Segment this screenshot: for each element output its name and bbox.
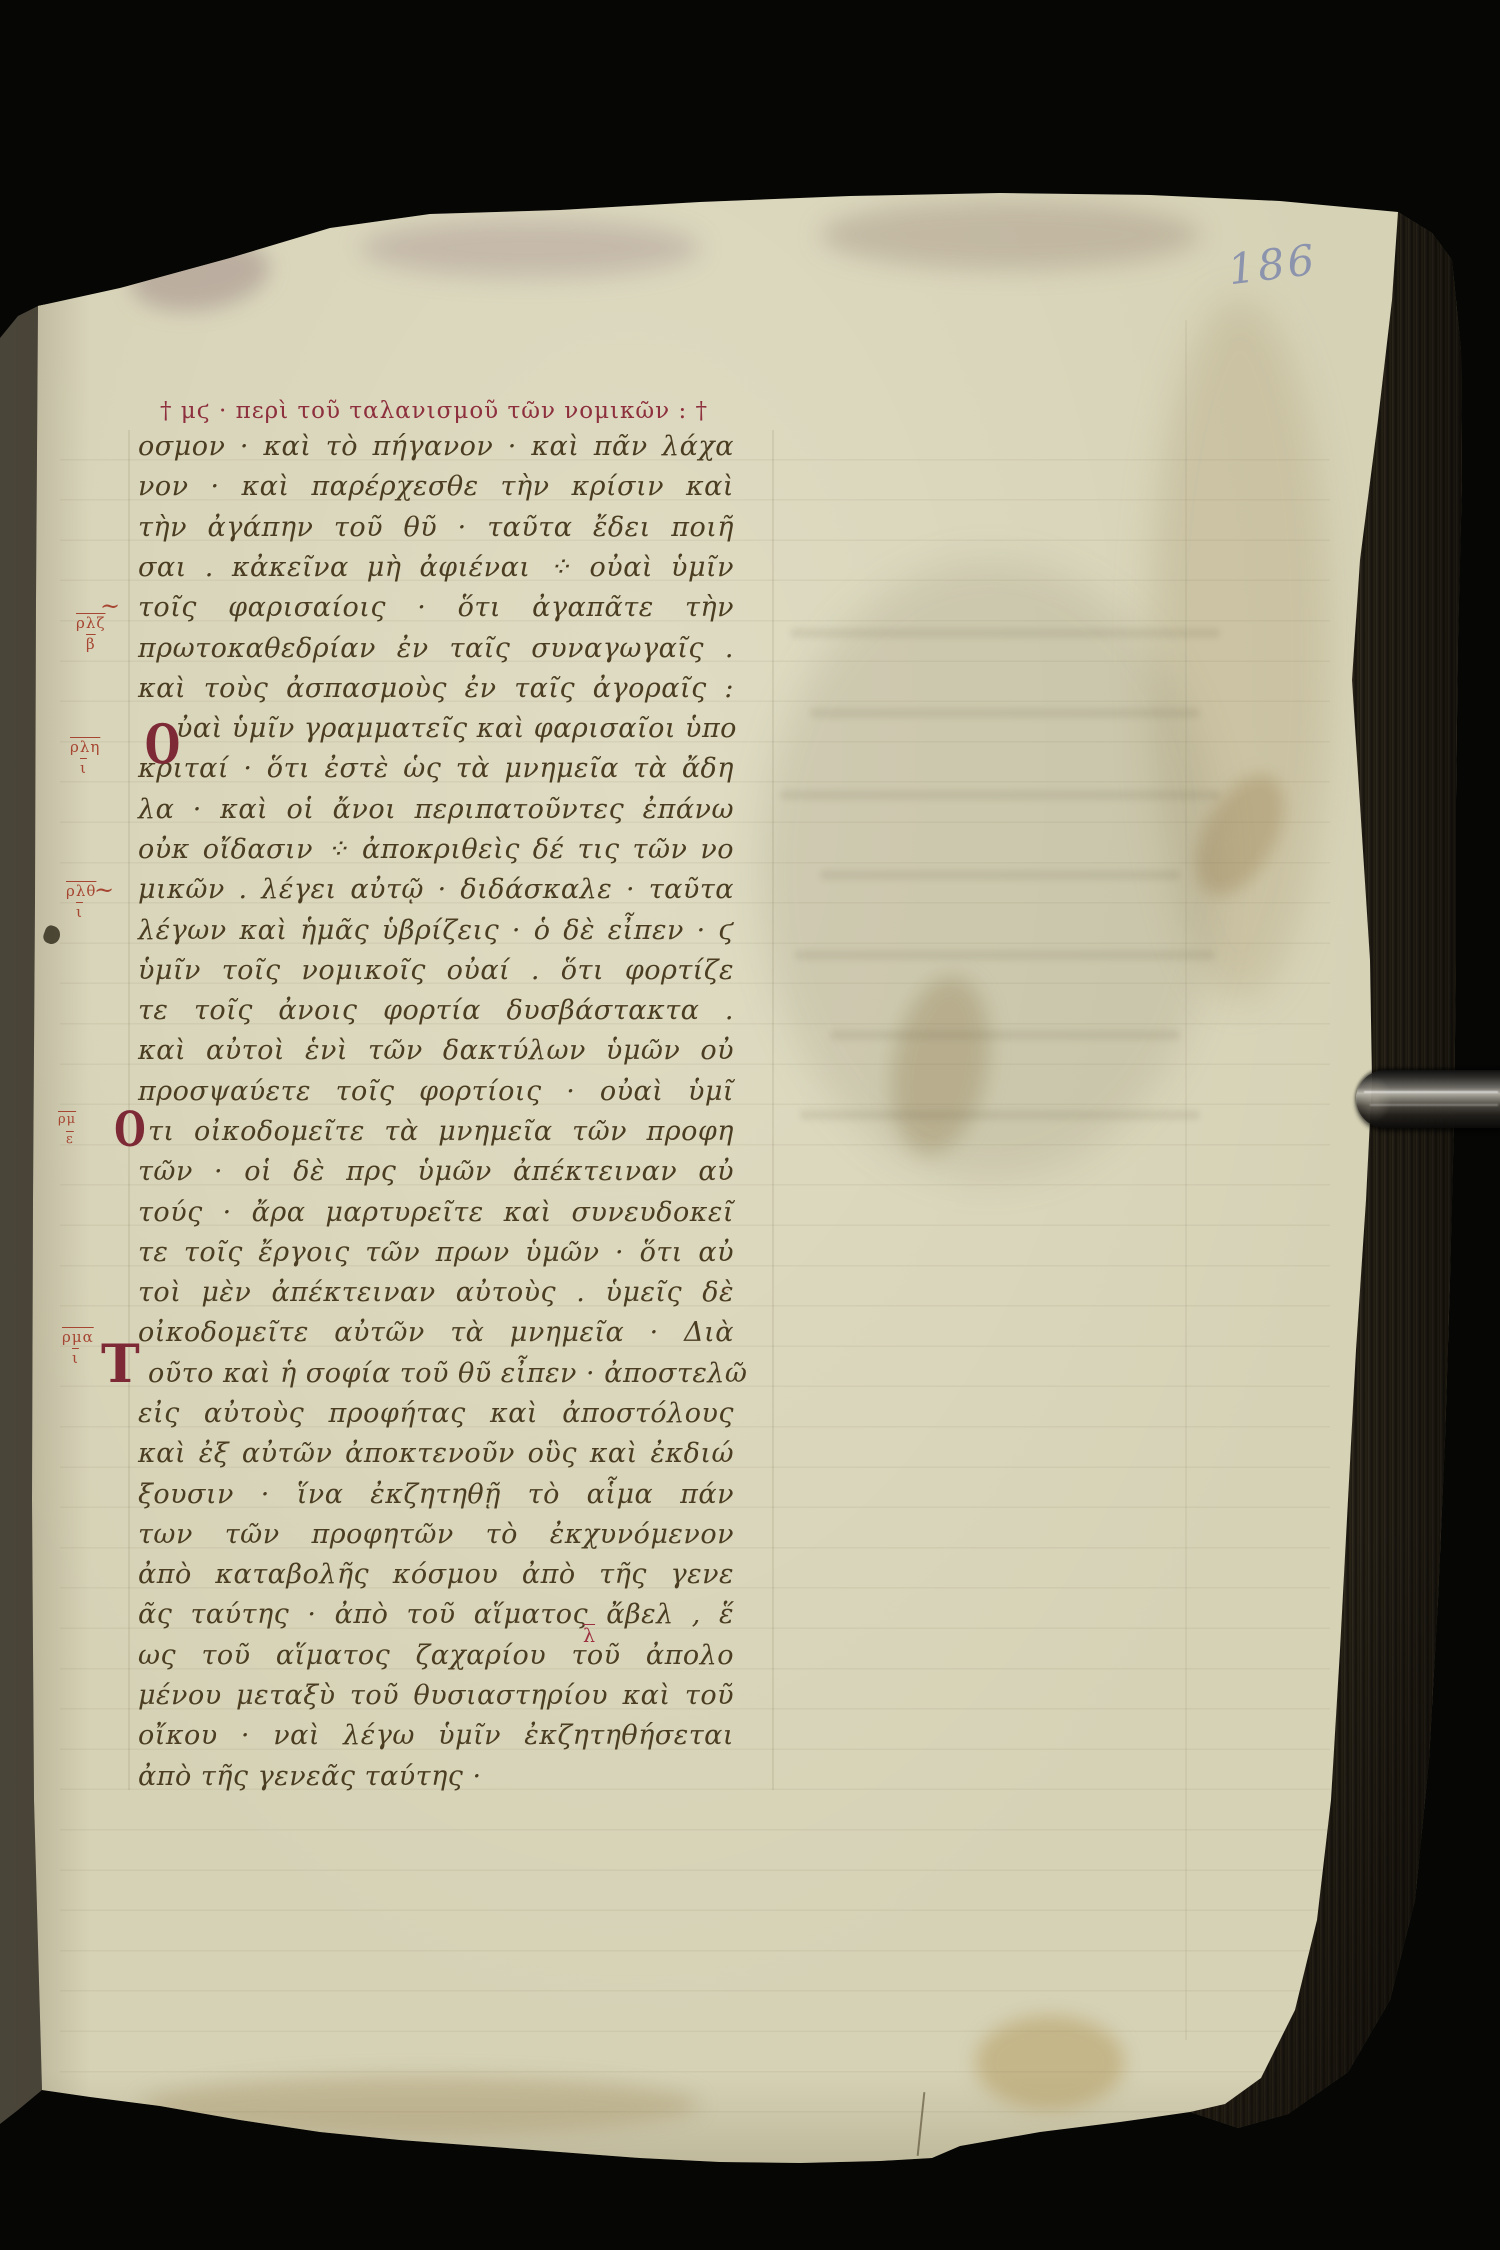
text-line-3: τὴν ἀγάπην τοῦ θῦ · ταῦτα ἔδει ποιῆ (138, 511, 734, 545)
text-line-29: ἀπὸ καταβολῆς κόσμου ἀπὸ τῆς γενε (138, 1558, 734, 1592)
rod-specular-highlight (1364, 1091, 1498, 1093)
text-line-13: λέγων καὶ ἡμᾶς ὑβρίζεις · ὁ δὲ εἶπεν · ϛ (138, 914, 734, 948)
text-line-31: ως τοῦ αἵματος ζαχαρίου τοῦ ἀπολο (138, 1639, 734, 1673)
text-line-18: τι οἰκοδομεῖτε τὰ μνημεῖα τῶν προφη (148, 1115, 734, 1149)
canon-label: ι (80, 761, 100, 776)
text-line-9: κριταί · ὅτι ἐστὲ ὡς τὰ μνημεῖα τὰ ἄδη (138, 752, 734, 786)
stain-top-left (126, 231, 274, 320)
manuscript-page: 186 † μϛ · περὶ τοῦ ταλανισμοῦ τῶν νομικ… (0, 0, 1500, 2250)
text-line-17: προσψαύετε τοῖς φορτίοις · οὐαὶ ὑμῖ (138, 1075, 734, 1109)
text-line-16: καὶ αὐτοὶ ἑνὶ τῶν δακτύλων ὑμῶν οὐ (138, 1034, 734, 1068)
text-line-23: οἰκοδομεῖτε αὐτῶν τὰ μνημεῖα · Διὰ (138, 1316, 734, 1350)
text-line-5: τοῖς φαρισαίοις · ὅτι ἀγαπᾶτε τὴν (138, 591, 734, 625)
text-line-15: τε τοῖς ἀνοις φορτία δυσβάστακτα . (138, 994, 734, 1028)
page-corner-fray (24, 288, 53, 309)
text-line-34: ἀπὸ τῆς γενεᾶς ταύτης · (138, 1760, 734, 1794)
text-line-7: καὶ τοὺς ἀσπασμοὺς ἐν ταῖς ἀγοραῖς : (138, 672, 734, 706)
canon-label: ε (66, 1132, 76, 1147)
chapter-title-rubric: † μϛ · περὶ τοῦ ταλανισμοῦ τῶν νομικῶν :… (160, 398, 630, 424)
text-line-20: τούς · ἄρα μαρτυρεῖτε καὶ συνευδοκεῖ (138, 1196, 734, 1230)
text-line-24: οῦτο καὶ ἡ σοφία τοῦ θῦ εἶπεν · ἀποστελῶ (148, 1357, 734, 1391)
section-number-138: ρλη ι (70, 740, 100, 776)
ruling-vertical-outer (1185, 320, 1187, 2040)
margin-dot-mark: ⁘ (720, 1284, 731, 1299)
canon-label: ι (76, 905, 96, 920)
bleed-through-texture (810, 708, 1200, 718)
bleed-through-texture (795, 950, 1215, 960)
text-line-26: καὶ ἐξ αὐτῶν ἀποκτενοῦν οὓς καὶ ἐκδιώ (138, 1437, 734, 1471)
rod-specular-highlight (1370, 1104, 1498, 1106)
text-line-27: ξουσιν · ἵνα ἐκζητηθῇ τὸ αἷμα πάν (138, 1478, 734, 1512)
text-line-2: νον · καὶ παρέρχεσθε τὴν κρίσιν καὶ (138, 470, 734, 504)
rod-tip-highlight (1358, 1076, 1392, 1122)
initial-omicron-1: Ο (145, 712, 180, 776)
bleed-through-texture (780, 790, 1220, 800)
section-number-141: ρμα ι (62, 1330, 94, 1366)
paragraphos-mark-2: ~ (94, 876, 114, 904)
ruling-vertical-right (772, 430, 774, 1790)
initial-tau: Τ (101, 1334, 140, 1395)
stain-top-middle (360, 218, 700, 278)
text-line-32: μένου μεταξὺ τοῦ θυσιαστηρίου καὶ τοῦ (138, 1679, 734, 1713)
section-label: ρλη (70, 740, 100, 755)
initial-omicron-2: Ο (114, 1102, 145, 1158)
section-label: ρλθ (66, 884, 96, 899)
manuscript-photo: 186 † μϛ · περὶ τοῦ ταλανισμοῦ τῶν νομικ… (0, 0, 1500, 2250)
text-line-33: οἴκου · ναὶ λέγω ὑμῖν ἐκζητηθήσεται (138, 1719, 734, 1753)
text-line-12: μικῶν . λέγει αὐτῷ · διδάσκαλε · ταῦτα (138, 873, 734, 907)
text-line-10: λα · καὶ οἱ ἄνοι περιπατοῦντες ἐπάνω (138, 793, 734, 827)
text-line-25: εἰς αὐτοὺς προφήτας καὶ ἀποστόλους (138, 1397, 734, 1431)
section-label: ρμα (62, 1330, 94, 1345)
text-line-19: τῶν · οἱ δὲ πρς ὑμῶν ἀπέκτειναν αὐ (138, 1155, 734, 1189)
text-line-30: ᾶς ταύτης · ἀπὸ τοῦ αἵματος ἄβελ , ἕ (138, 1598, 734, 1632)
text-line-6: πρωτοκαθεδρίαν ἐν ταῖς συναγωγαῖς . (138, 632, 734, 666)
canon-label: β (86, 637, 105, 652)
section-label: ρμ (58, 1112, 76, 1127)
stain-top-right (820, 200, 1200, 270)
section-label: ρλζ (76, 616, 105, 631)
section-number-140: ρμ ε (58, 1112, 76, 1147)
text-line-11: οὐκ οἴδασιν ⁘ ἀποκριθεὶς δέ τις τῶν νο (138, 833, 734, 867)
text-line-21: τε τοῖς ἔργοις τῶν πρων ὑμῶν · ὅτι αὐ (138, 1236, 734, 1270)
page-weight-rod (1356, 1070, 1500, 1128)
text-line-8: ὐαὶ ὑμῖν γραμματεῖς καὶ φαρισαῖοι ὑπο (176, 712, 734, 746)
text-line-1: οσμον · καὶ τὸ πήγανον · καὶ πᾶν λάχα (138, 430, 734, 464)
text-line-14: ὑμῖν τοῖς νομικοῖς οὐαί . ὅτι φορτίζε (138, 954, 734, 988)
section-number-139: ρλθ ι (66, 884, 96, 920)
bleed-through-texture (800, 1110, 1200, 1120)
bleed-through-texture (830, 1030, 1180, 1040)
text-line-28: των τῶν προφητῶν τὸ ἐκχυνόμενον (138, 1518, 734, 1552)
bleed-through-texture (820, 870, 1180, 880)
canon-label: ι (72, 1351, 94, 1366)
folio-number: 186 (1225, 235, 1319, 295)
text-line-22: τοὶ μὲν ἀπέκτειναν αὐτοὺς . ὑμεῖς δὲ (138, 1276, 734, 1310)
section-number-137: ρλζ β (76, 616, 105, 652)
text-line-4: σαι . κἀκεῖνα μὴ ἀφιέναι ⁘ οὐαὶ ὑμῖν (138, 551, 734, 585)
interlinear-correction: λ (583, 1625, 595, 1647)
bleed-through-texture (790, 628, 1220, 638)
